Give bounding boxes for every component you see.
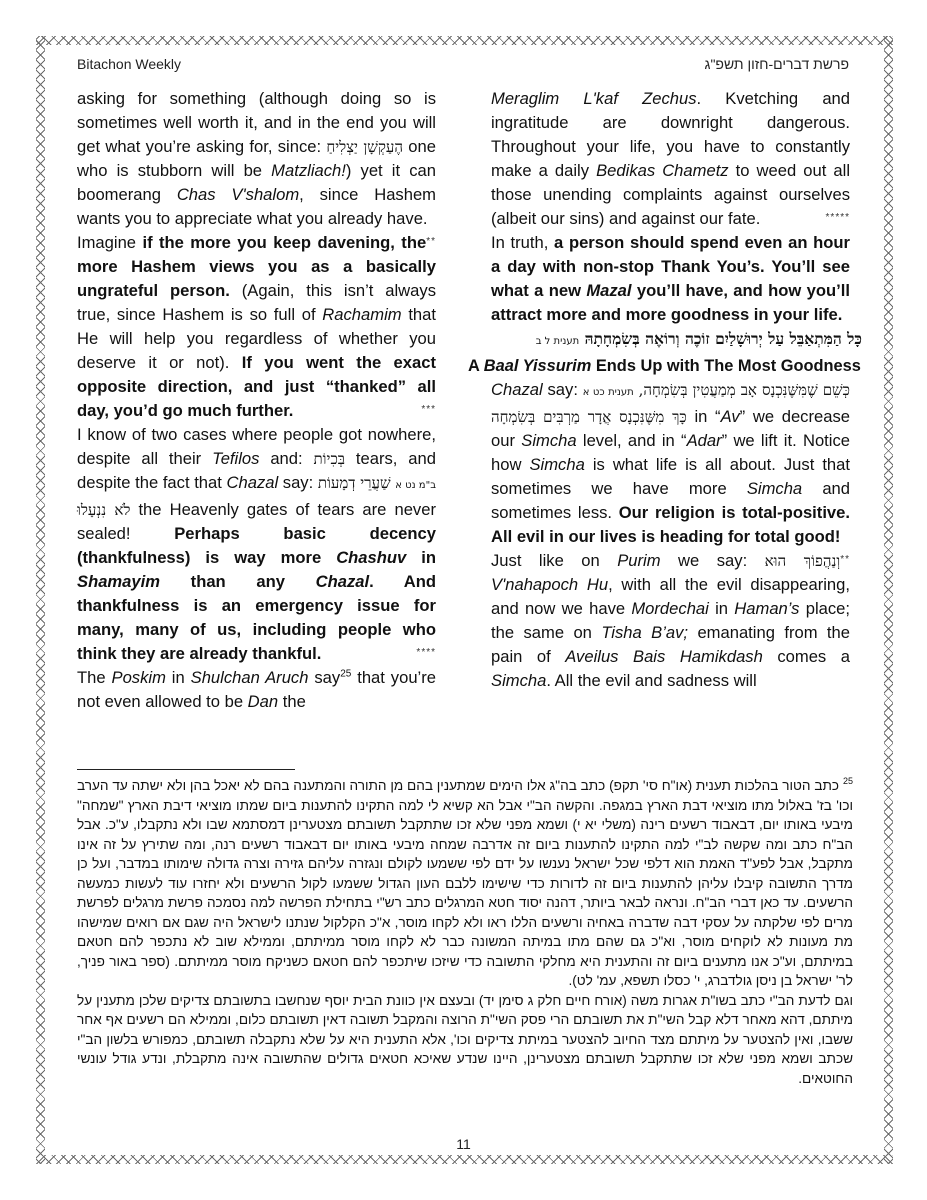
- hebrew-quote: וְנַהֲפוֹךְ הוּא: [765, 552, 841, 570]
- parsha-title: פרשת דברים-חזון תשפ"ג: [705, 56, 849, 72]
- paragraph: Meraglim L'kaf Zechus. Kvetching and ing…: [491, 87, 850, 231]
- left-column: asking for something (although doing so …: [77, 87, 436, 714]
- paragraph: In truth, a person should spend even an …: [491, 231, 850, 327]
- footnote: 25כתב הטור בהלכות תענית (או"ח סי' תקפ) כ…: [77, 776, 853, 1088]
- footnote-number: 25: [843, 776, 853, 786]
- section-title-english: A Baal Yissurim Ends Up with The Most Go…: [468, 354, 850, 378]
- paragraph: asking for something (although doing so …: [77, 87, 436, 231]
- section-stars: *****: [826, 207, 850, 229]
- right-column: Meraglim L'kaf Zechus. Kvetching and ing…: [491, 87, 850, 693]
- footnote-paragraph: וגם לדעת הב"י כתב בשו"ת אגרות משה (אורח …: [77, 991, 853, 1089]
- publication-title: Bitachon Weekly: [77, 56, 181, 72]
- hebrew-quote: בְּכִיוֹת: [314, 450, 345, 468]
- paragraph: The Poskim in Shulchan Aruch say25 that …: [77, 666, 436, 714]
- paragraph: Chazal say: כְּשֵׁם שֶׁמִּשֶּׁנִּכְנָס א…: [491, 378, 850, 549]
- source-citation: ב"מ נט א: [395, 480, 436, 491]
- source-citation: תענית כט א: [583, 387, 634, 398]
- paragraph: I know of two cases where people got now…: [77, 423, 436, 666]
- section-stars: ****: [416, 642, 436, 664]
- footnote-paragraph: 25כתב הטור בהלכות תענית (או"ח סי' תקפ) כ…: [77, 776, 853, 991]
- footnote-reference[interactable]: 25: [340, 668, 351, 679]
- source-citation: תענית ל ב: [536, 336, 579, 347]
- section-stars: **: [426, 231, 436, 253]
- page-number: 11: [0, 1136, 927, 1152]
- hebrew-quote: הֶעַקְשָׁן יַצְלִיחַ: [326, 138, 403, 156]
- hebrew-quote: כָּךְ מִשֶּׁנִּכְנָס אֲדָר מַרְבִּים בְּ…: [491, 408, 687, 426]
- section-stars: **: [840, 549, 850, 571]
- paragraph: Imagine if the more you keep davening, t…: [77, 231, 436, 423]
- section-title-hebrew: כָּל הַמִּתְאַבֵּל עַל יְרוּשָׁלַיִם זוֹ…: [469, 327, 862, 354]
- section-stars: ***: [421, 399, 436, 421]
- paragraph: Just like on Purim we say: וְנַהֲפוֹךְ ה…: [491, 549, 850, 693]
- footnote-separator: [77, 769, 295, 770]
- hebrew-quote: כְּשֵׁם שֶׁמִּשֶּׁנִּכְנָס אָב מְמַעֲטִי…: [639, 381, 850, 399]
